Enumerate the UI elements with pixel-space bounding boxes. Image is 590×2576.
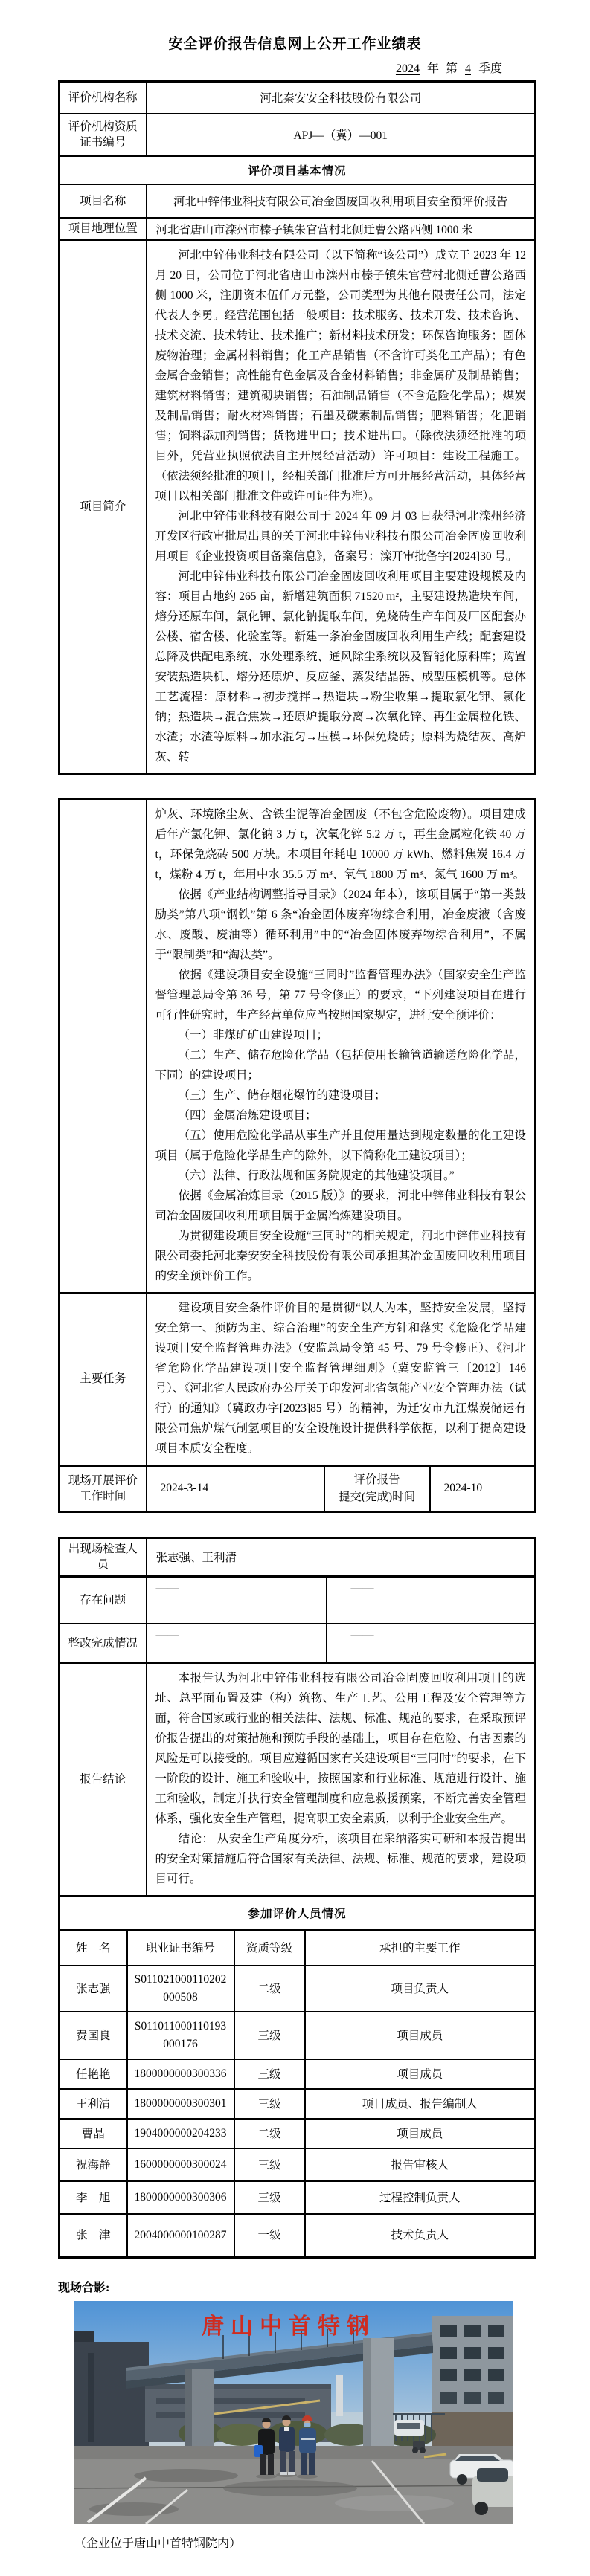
- staff-grade: 三级: [234, 2012, 305, 2059]
- period-year-unit: 年: [427, 62, 439, 75]
- intro-paragraph: 河北中锌伟业科技有限公司于 2024 年 09 月 03 日获得河北滦州经济开发…: [155, 506, 527, 566]
- staff-name: 李 旭: [60, 2181, 127, 2214]
- staff-grade: 二级: [234, 2119, 305, 2149]
- staff-table: 姓 名 职业证书编号 资质等级 承担的主要工作 张志强 S01102100011…: [58, 1929, 536, 2259]
- table-row: 张志强 S011021000110202000508 二级 项目负责人: [60, 1966, 536, 2012]
- staff-grade: 三级: [234, 2181, 305, 2214]
- staff-cert: 1800000000300301: [127, 2089, 234, 2119]
- staff-role: 项目成员、报告编制人: [305, 2089, 536, 2119]
- report-submit-label: 评价报告 提交(完成)时间: [324, 1465, 430, 1511]
- row-evaluation-dates: 现场开展评价工作时间 2024-3-14 评价报告 提交(完成)时间 2024-…: [60, 1465, 536, 1511]
- staff-name: 曹晶: [60, 2119, 127, 2149]
- staff-cert: 1904000000204233: [127, 2119, 234, 2149]
- conclusion-table: 报告结论 本报告认为河北中锌伟业科技有限公司冶金固废回收利用项目的选址、总平面布…: [58, 1662, 536, 1931]
- participants-section-header: 参加评价人员情况: [60, 1896, 536, 1930]
- rectification-value-1: ——: [147, 1624, 327, 1663]
- staff-role: 项目成员: [305, 2012, 536, 2059]
- row-inspectors: 出现场检查人员 张志强、王利清: [60, 1537, 536, 1576]
- staff-grade: 三级: [234, 2149, 305, 2181]
- report-submit-date-value: 2024-10: [430, 1465, 536, 1511]
- staff-header-name: 姓 名: [60, 1930, 127, 1966]
- intro-paragraph: 为贯彻建设项目安全设施“三同时”的相关规定，河北中锌伟业科技有限公司委托河北秦安…: [155, 1226, 527, 1286]
- project-location-value: 河北省唐山市滦州市榛子镇朱官营村北侧迁曹公路西侧 1000 米: [147, 218, 536, 240]
- intro-paragraph: 河北中锌伟业科技有限公司冶金固废回收利用项目主要建设规模及内容：项目占地约 26…: [155, 566, 527, 767]
- inspectors-label: 出现场检查人员: [60, 1537, 147, 1576]
- row-project-name: 项目名称 河北中锌伟业科技有限公司冶金固废回收利用项目安全预评价报告: [60, 184, 536, 218]
- row-section-basic-info: 评价项目基本情况: [60, 156, 536, 184]
- inspectors-value: 张志强、王利清: [147, 1537, 536, 1576]
- report-period: 2024年 第4季度: [0, 59, 590, 76]
- staff-header-grade: 资质等级: [234, 1930, 305, 1966]
- agency-cert-value: APJ—（冀）—001: [147, 114, 536, 156]
- intro-paragraph: 依据《产业结构调整指导目录》（2024 年本），该项目属于“第一类鼓励类”第八项…: [155, 885, 527, 965]
- main-tasks-label: 主要任务: [60, 1293, 147, 1466]
- project-name-label: 项目名称: [60, 184, 147, 218]
- staff-name: 费国良: [60, 2012, 127, 2059]
- site-check-table: 出现场检查人员 张志强、王利清: [58, 1537, 536, 1578]
- staff-name: 张 津: [60, 2214, 127, 2257]
- row-project-intro-page2: 炉灰、环境除尘灰、含铁尘泥等冶金固废（不包含危险废物）。项目建成后年产氯化钾、氯…: [60, 798, 536, 1293]
- intro-paragraph: （二）生产、储存危险化学品（包括使用长输管道输送危险化学品，下同）的建设项目；: [155, 1045, 527, 1085]
- intro-paragraph: 依据《建设项目安全设施“三同时”监督管理办法》（国家安全生产监督管理总局令第 3…: [155, 965, 527, 1025]
- project-intro-text-page1: 河北中锌伟业科技有限公司（以下简称“该公司”）成立于 2023 年 12 月 2…: [147, 240, 536, 775]
- tasks-paragraph: 建设项目安全条件评价目的是贯彻“以人为本，坚持安全发展，坚持安全第一、预防为主、…: [155, 1298, 527, 1459]
- intro-paragraph: （四）金属冶炼建设项目；: [155, 1105, 527, 1126]
- basic-info-section-header: 评价项目基本情况: [60, 156, 536, 184]
- staff-cert: 1600000000300024: [127, 2149, 234, 2181]
- row-problems: 存在问题 —— ——: [60, 1576, 536, 1624]
- table-row: 祝海静 1600000000300024 三级 报告审核人: [60, 2149, 536, 2181]
- report-document: 安全评价报告信息网上公开工作业绩表 2024年 第4季度 评价机构名称 河北秦安…: [0, 0, 590, 2576]
- staff-name: 张志强: [60, 1966, 127, 2012]
- conclusion-paragraph: 本报告认为河北中锌伟业科技有限公司冶金固废回收利用项目的选址、总平面布置及建（构…: [155, 1668, 527, 1829]
- table-row: 曹晶 1904000000204233 二级 项目成员: [60, 2119, 536, 2149]
- intro-label-cell-empty: [60, 798, 147, 1293]
- intro-paragraph: （三）生产、储存烟花爆竹的建设项目；: [155, 1085, 527, 1105]
- intro-paragraph: （一）非煤矿矿山建设项目；: [155, 1025, 527, 1045]
- project-intro-label: 项目简介: [60, 240, 147, 775]
- agency-cert-label: 评价机构资质证书编号: [60, 114, 147, 156]
- staff-name: 王利清: [60, 2089, 127, 2119]
- staff-grade: 二级: [234, 1966, 305, 2012]
- gate-sign-text: 唐山中首特钢: [202, 2314, 376, 2339]
- row-project-location: 项目地理位置 河北省唐山市滦州市榛子镇朱官营村北侧迁曹公路西侧 1000 米: [60, 218, 536, 240]
- staff-grade: 一级: [234, 2214, 305, 2257]
- page-break-1: [0, 775, 590, 798]
- site-photo-image: 唐山中首特钢: [74, 2301, 513, 2524]
- staff-grade: 三级: [234, 2059, 305, 2089]
- report-submit-label-line1: 评价报告: [330, 1471, 424, 1488]
- staff-role: 项目成员: [305, 2059, 536, 2089]
- project-intro-text-page2: 炉灰、环境除尘灰、含铁尘泥等冶金固废（不包含危险废物）。项目建成后年产氯化钾、氯…: [147, 798, 536, 1293]
- agency-name-value: 河北秦安安全科技股份有限公司: [147, 82, 536, 114]
- staff-role: 项目成员: [305, 2119, 536, 2149]
- row-main-tasks: 主要任务 建设项目安全条件评价目的是贯彻“以人为本，坚持安全发展，坚持安全第一、…: [60, 1293, 536, 1466]
- row-rectification: 整改完成情况 —— ——: [60, 1624, 536, 1663]
- staff-header-cert: 职业证书编号: [127, 1930, 234, 1966]
- intro-paragraph: 依据《金属冶炼目录（2015 版）》的要求，河北中锌伟业科技有限公司冶金固废回收…: [155, 1186, 527, 1226]
- rectification-value-2: ——: [327, 1624, 536, 1663]
- staff-cert: 1800000000300336: [127, 2059, 234, 2089]
- project-name-value: 河北中锌伟业科技有限公司冶金固废回收利用项目安全预评价报告: [147, 184, 536, 218]
- staff-role: 技术负责人: [305, 2214, 536, 2257]
- conclusion-text: 本报告认为河北中锌伟业科技有限公司冶金固废回收利用项目的选址、总平面布置及建（构…: [147, 1663, 536, 1897]
- row-conclusion: 报告结论 本报告认为河北中锌伟业科技有限公司冶金固废回收利用项目的选址、总平面布…: [60, 1663, 536, 1897]
- staff-header-row: 姓 名 职业证书编号 资质等级 承担的主要工作: [60, 1930, 536, 1966]
- evaluation-dates-table: 现场开展评价工作时间 2024-3-14 评价报告 提交(完成)时间 2024-…: [58, 1465, 536, 1513]
- table-row: 张 津 2004000000100287 一级 技术负责人: [60, 2214, 536, 2257]
- intro-paragraph: （五）使用危险化学品从事生产并且使用量达到规定数量的化工建设项目（属于危险化学品…: [155, 1126, 527, 1166]
- staff-cert: S011011000110193000176: [127, 2012, 234, 2059]
- table-row: 费国良 S011011000110193000176 三级 项目成员: [60, 2012, 536, 2059]
- period-quarter-unit: 季度: [478, 62, 502, 75]
- staff-grade: 三级: [234, 2089, 305, 2119]
- conclusion-paragraph: 结论： 从安全生产角度分析，该项目在采纳落实可研和本报告提出的安全对策措施后符合…: [155, 1829, 527, 1889]
- agency-name-label: 评价机构名称: [60, 82, 147, 114]
- row-agency-cert: 评价机构资质证书编号 APJ—（冀）—001: [60, 114, 536, 156]
- conclusion-label: 报告结论: [60, 1663, 147, 1897]
- row-section-participants: 参加评价人员情况: [60, 1896, 536, 1930]
- staff-role: 报告审核人: [305, 2149, 536, 2181]
- staff-name: 祝海静: [60, 2149, 127, 2181]
- table-row: 任艳艳 1800000000300336 三级 项目成员: [60, 2059, 536, 2089]
- report-submit-label-line2: 提交(完成)时间: [330, 1488, 424, 1505]
- rectification-label: 整改完成情况: [60, 1624, 147, 1663]
- main-tasks-text: 建设项目安全条件评价目的是贯彻“以人为本，坚持安全发展，坚持安全第一、预防为主、…: [147, 1293, 536, 1466]
- problems-label: 存在问题: [60, 1576, 147, 1624]
- staff-cert: 2004000000100287: [127, 2214, 234, 2257]
- problems-value-2: ——: [327, 1576, 536, 1624]
- agency-project-table: 评价机构名称 河北秦安安全科技股份有限公司 评价机构资质证书编号 APJ—（冀）…: [58, 80, 536, 775]
- row-project-intro-page1: 项目简介 河北中锌伟业科技有限公司（以下简称“该公司”）成立于 2023 年 1…: [60, 240, 536, 775]
- intro-continued-table: 炉灰、环境除尘灰、含铁尘泥等冶金固废（不包含危险废物）。项目建成后年产氯化钾、氯…: [58, 798, 536, 1467]
- row-agency-name: 评价机构名称 河北秦安安全科技股份有限公司: [60, 82, 536, 114]
- staff-role: 项目负责人: [305, 1966, 536, 2012]
- page-title: 安全评价报告信息网上公开工作业绩表: [0, 33, 590, 53]
- staff-name: 任艳艳: [60, 2059, 127, 2089]
- page-break-2: [0, 1513, 590, 1537]
- fieldwork-date-value: 2024-3-14: [147, 1465, 324, 1511]
- intro-paragraph: 炉灰、环境除尘灰、含铁尘泥等冶金固废（不包含危险废物）。项目建成后年产氯化钾、氯…: [155, 804, 527, 885]
- staff-cert: S011021000110202000508: [127, 1966, 234, 2012]
- issues-table: 存在问题 —— —— 整改完成情况 —— ——: [58, 1575, 536, 1665]
- period-year: 2024: [392, 62, 423, 75]
- photo-section-label: 现场合影:: [58, 2278, 590, 2295]
- project-location-label: 项目地理位置: [60, 218, 147, 240]
- site-photo: 唐山中首特钢: [74, 2301, 513, 2528]
- intro-paragraph: （六）法律、行政法规和国务院规定的其他建设项目。”: [155, 1166, 527, 1186]
- table-row: 王利清 1800000000300301 三级 项目成员、报告编制人: [60, 2089, 536, 2119]
- staff-cert: 1800000000300306: [127, 2181, 234, 2214]
- table-row: 李 旭 1800000000300306 三级 过程控制负责人: [60, 2181, 536, 2214]
- staff-header-role: 承担的主要工作: [305, 1930, 536, 1966]
- intro-paragraph: 河北中锌伟业科技有限公司（以下简称“该公司”）成立于 2023 年 12 月 2…: [155, 245, 527, 506]
- fieldwork-date-label: 现场开展评价工作时间: [60, 1465, 147, 1511]
- problems-value-1: ——: [147, 1576, 327, 1624]
- photo-caption: （企业位于唐山中首特钢院内）: [74, 2534, 590, 2551]
- period-quarter: 4: [461, 62, 475, 75]
- period-quarter-prefix: 第: [446, 62, 458, 75]
- staff-role: 过程控制负责人: [305, 2181, 536, 2214]
